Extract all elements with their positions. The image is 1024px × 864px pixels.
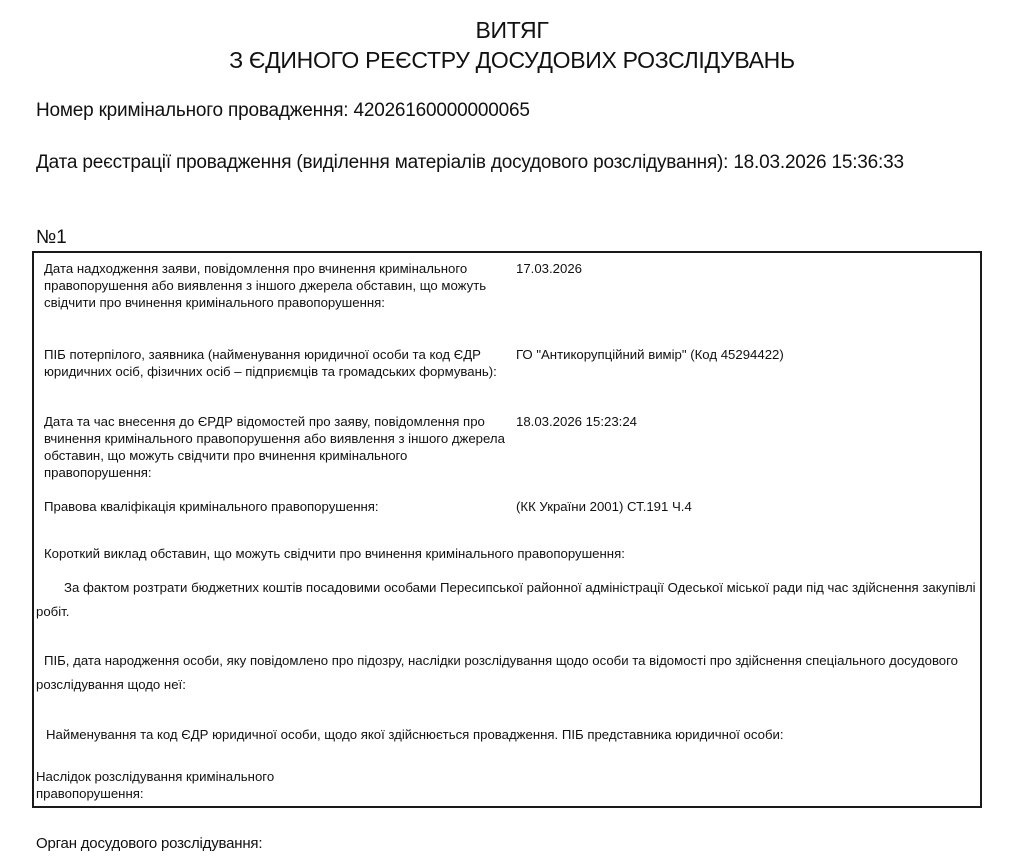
qualification-label: Правова кваліфікація кримінального право… [44, 498, 514, 515]
entry-datetime-value: 18.03.2026 15:23:24 [516, 413, 976, 430]
applicant-label: ПІБ потерпілого, заявника (найменування … [44, 346, 514, 380]
case-number: Номер кримінального провадження: 4202616… [36, 99, 530, 123]
investigation-body-label: Орган досудового розслідування: [36, 832, 262, 856]
entry-datetime-label: Дата та час внесення до ЄРДР відомостей … [44, 413, 514, 481]
received-date-label: Дата надходження заяви, повідомлення про… [44, 260, 514, 311]
document-subtitle: З ЄДИНОГО РЕЄСТРУ ДОСУДОВИХ РОЗСЛІДУВАНЬ [0, 46, 1024, 74]
investigation-result-label: Наслідок розслідування кримінального пра… [36, 768, 336, 802]
entry-number: №1 [36, 226, 67, 250]
applicant-value: ГО "Антикорупційний вимір" (Код 45294422… [516, 346, 976, 363]
legal-entity-label: Найменування та код ЄДР юридичної особи,… [46, 723, 990, 747]
extract-table: Дата надходження заяви, повідомлення про… [32, 251, 982, 808]
suspect-label: ПІБ, дата народження особи, яку повідомл… [36, 649, 980, 697]
registration-date: Дата реєстрації провадження (виділення м… [36, 151, 936, 175]
summary-text: За фактом розтрати бюджетних коштів поса… [36, 576, 980, 624]
received-date-value: 17.03.2026 [516, 260, 976, 277]
qualification-value: (КК України 2001) СТ.191 Ч.4 [516, 498, 976, 515]
summary-label: Короткий виклад обставин, що можуть свід… [44, 542, 988, 566]
document-title: ВИТЯГ [0, 16, 1024, 44]
